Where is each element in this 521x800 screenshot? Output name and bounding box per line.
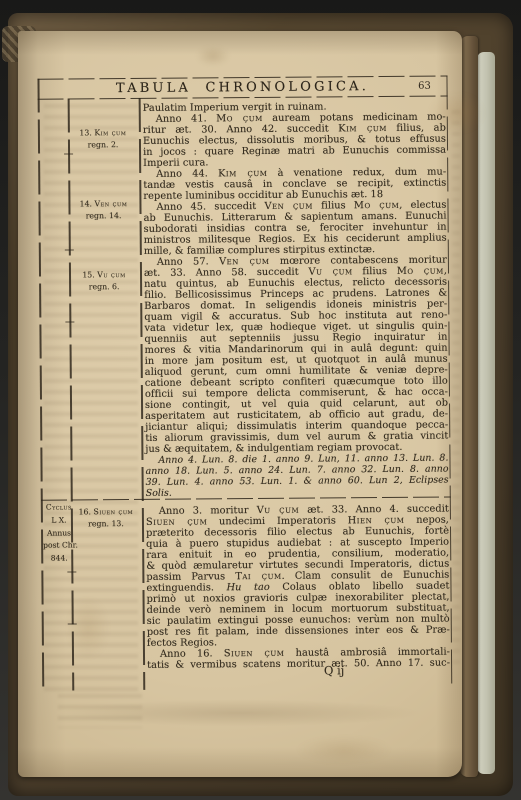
cycle-label: CyclusL X.Annuspost Chr.844.: [43, 501, 76, 565]
cycle-label-line: Cyclus: [43, 501, 75, 514]
text-section-upper: Paulatim Imperium vergit in ruinam.Anno …: [143, 100, 449, 498]
cycle-label-line: Annus: [43, 527, 75, 540]
margin-notes: 13. Kim çumregn. 2.14. Ven çumregn. 14.1…: [69, 1, 135, 2]
signature-mark: Q ij: [294, 663, 374, 678]
text-section-lower: Anno 3. moritur Vu çum æt. 33. Anno 4. s…: [146, 503, 450, 670]
margin-note: 13. Kim çumregn. 2.: [70, 127, 136, 151]
reign-tick: [64, 153, 73, 154]
reign-tick: [67, 571, 76, 572]
margin-note: 16. Siuen çumregn. 13.: [73, 506, 139, 530]
margin-note: 15. Vu çumregn. 6.: [71, 269, 137, 293]
cycle-label-line: post Chr.: [43, 540, 75, 553]
page-number: 63: [411, 81, 437, 92]
reign-tick: [68, 623, 77, 624]
reign-tick: [65, 249, 74, 250]
cycle-column-rule: [68, 98, 74, 690]
reign-tick: [65, 321, 74, 322]
table-left-border: [37, 79, 43, 691]
margin-note: 14. Ven çumregn. 14.: [70, 198, 136, 222]
page-title: TABULA CHRONOLOGICA.: [37, 78, 447, 96]
cycle-label-line: L X.: [43, 514, 75, 527]
printed-table: TABULA CHRONOLOGICA. 63 CyclusL X.Annusp…: [0, 0, 521, 800]
cycle-label-line: 844.: [43, 553, 75, 566]
book-photo: TABULA CHRONOLOGICA. 63 CyclusL X.Annusp…: [0, 0, 521, 800]
